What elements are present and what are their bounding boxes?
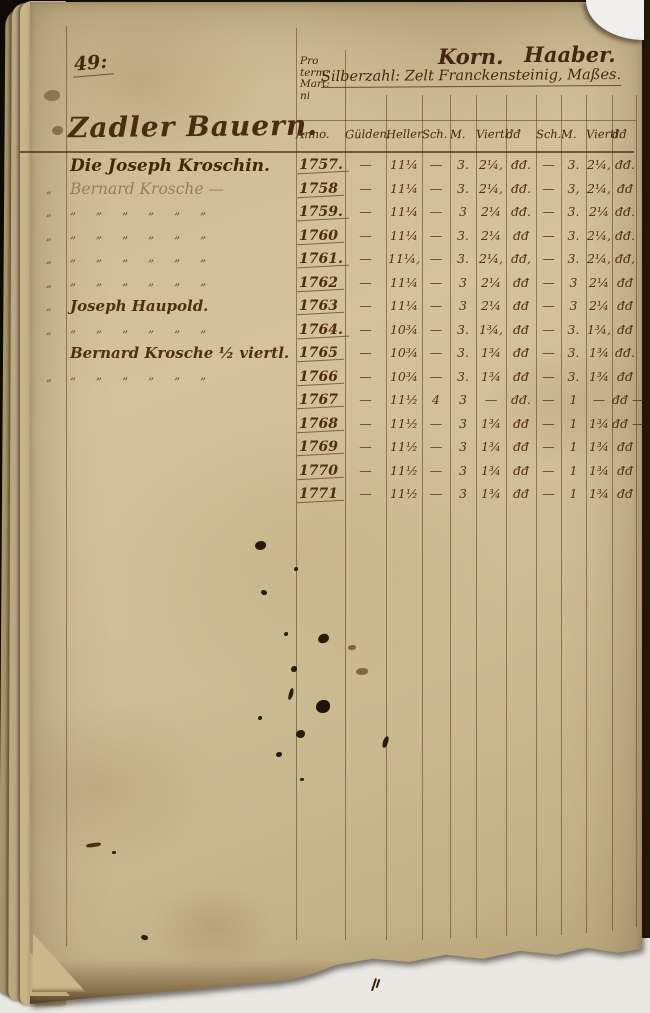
- measure-note: Silberzahl: Zelt Franckensteinig, Maßes.: [321, 67, 621, 88]
- value-cell: 1¾: [586, 439, 612, 454]
- value-cell: 11½: [386, 392, 422, 407]
- value-cell: —: [536, 228, 561, 243]
- value-cell: 3: [450, 392, 476, 407]
- column-header: Heller.: [386, 127, 422, 142]
- value-cell: đđ: [506, 463, 536, 478]
- row-values: —10¾—3.1¾đđ—3.1¾đđ.: [345, 345, 638, 360]
- value-cell: 11½: [386, 463, 422, 478]
- value-cell: đđ: [506, 486, 536, 501]
- value-cell: 1¾: [586, 369, 612, 384]
- tenant-name: „ „ „ „ „ „: [70, 227, 294, 241]
- margin-ditto-mark: „: [46, 300, 66, 313]
- value-cell: —: [345, 439, 386, 454]
- value-cell: đđ.: [506, 392, 536, 407]
- value-cell: 10¾: [386, 322, 422, 337]
- row-values: —11½—31¾đđ—11¾đđ: [345, 486, 638, 501]
- value-cell: đđ.: [506, 204, 536, 219]
- value-cell: đđ: [612, 369, 638, 384]
- value-cell: 3.: [561, 251, 586, 266]
- value-cell: —: [422, 369, 450, 384]
- column-group-haaber: Haaber.: [524, 42, 616, 67]
- value-cell: 3: [450, 204, 476, 219]
- column-header: M.: [450, 127, 476, 141]
- row-values: —11¼—32¼đđ.—3.2¼đđ.: [345, 204, 638, 219]
- column-group-korn: Korn.: [438, 44, 503, 69]
- row-values: —11¼—3.2¼,đđ.—3.2¼,đđ.: [345, 157, 638, 172]
- value-cell: 11¼,: [386, 251, 422, 266]
- value-cell: —: [345, 369, 386, 384]
- value-cell: —: [422, 228, 450, 243]
- value-cell: —: [536, 322, 561, 337]
- row-values: —10¾—3.1¾,đđ—3.1¾,đđ: [345, 322, 638, 337]
- value-cell: đđ: [506, 345, 536, 360]
- table-row: 1770 —11½—31¾đđ—11¾đđ: [0, 461, 650, 485]
- value-cell: 11¼: [386, 157, 422, 172]
- table-row: Die Joseph Kroschin. 1757. —11¼—3.2¼,đđ.…: [0, 155, 650, 179]
- year-value: 1768: [299, 416, 343, 432]
- year-value: 1766: [299, 369, 343, 385]
- value-cell: đđ: [612, 486, 638, 501]
- value-cell: 3.: [450, 369, 476, 384]
- table-row: 1771 —11½—31¾đđ—11¾đđ: [0, 484, 650, 508]
- tenant-name: Bernard Krosche —: [70, 180, 294, 198]
- value-cell: —: [345, 204, 386, 219]
- value-cell: —: [422, 322, 450, 337]
- row-values: —11¼—32¼đđ—32¼đđ: [345, 298, 638, 313]
- table-row: „ „ „ „ „ „ „ 1760 —11¼—3.2¼đđ—3.2¼,đđ.: [0, 226, 650, 250]
- row-values: —11¼—3.2¼đđ—3.2¼,đđ.: [345, 228, 638, 243]
- value-cell: —: [345, 392, 386, 407]
- column-headers: Anno.Gülden.Heller.Sch.M.Viertl.đđSch.M.…: [296, 127, 638, 141]
- manuscript-photo: 49: Pro term: Mart: ni Korn. Haaber. Sil…: [0, 0, 650, 1013]
- row-values: —11½—31¾đđ—11¾đđ —: [345, 416, 638, 431]
- value-cell: 1¾: [476, 345, 506, 360]
- value-cell: —: [536, 416, 561, 431]
- page-title: Zadler Bauern.: [68, 109, 318, 145]
- value-cell: —: [536, 204, 561, 219]
- value-cell: 3: [450, 463, 476, 478]
- year-value: 1758: [299, 181, 343, 197]
- value-cell: —: [476, 392, 506, 407]
- value-cell: 3.: [450, 181, 476, 196]
- column-header: M.: [561, 127, 586, 141]
- column-header: Viertl.: [476, 127, 506, 142]
- value-cell: 2¼,: [476, 251, 506, 266]
- table-row: „ Joseph Haupold. 1763 —11¼—32¼đđ—32¼đđ: [0, 296, 650, 320]
- year-value: 1760: [299, 228, 343, 244]
- value-cell: đđ.: [612, 204, 638, 219]
- value-cell: —: [345, 298, 386, 313]
- tenant-name: „ „ „ „ „ „: [70, 250, 294, 264]
- value-cell: đđ.: [506, 181, 536, 196]
- value-cell: đđ,: [612, 251, 638, 266]
- value-cell: 1¾: [476, 416, 506, 431]
- value-cell: đđ,: [506, 251, 536, 266]
- value-cell: đđ: [506, 369, 536, 384]
- value-cell: 3.: [561, 228, 586, 243]
- value-cell: —: [345, 486, 386, 501]
- value-cell: —: [345, 416, 386, 431]
- column-header: Sch.: [536, 127, 561, 141]
- tenant-name: Joseph Haupold.: [70, 297, 294, 315]
- value-cell: —: [422, 486, 450, 501]
- year-value: 1759.: [299, 204, 343, 220]
- value-cell: 1¾,: [476, 322, 506, 337]
- table-row: Bernard Krosche ½ viertl. 1765 —10¾—3.1¾…: [0, 343, 650, 367]
- value-cell: 10¾: [386, 369, 422, 384]
- row-values: —11¼,—3.2¼,đđ,—3.2¼,đđ,: [345, 251, 638, 266]
- year-value: 1763: [299, 298, 343, 314]
- value-cell: đđ: [506, 228, 536, 243]
- folio-number: 49:: [71, 50, 114, 78]
- margin-ditto-mark: „: [46, 324, 66, 337]
- year-value: 1765: [299, 345, 343, 361]
- value-cell: —: [422, 275, 450, 290]
- value-cell: 11¼: [386, 204, 422, 219]
- value-cell: —: [345, 275, 386, 290]
- value-cell: —: [536, 439, 561, 454]
- value-cell: 1¾: [586, 416, 612, 431]
- value-cell: đđ: [506, 298, 536, 313]
- value-cell: đđ: [612, 181, 638, 196]
- value-cell: —: [536, 345, 561, 360]
- value-cell: 2¼,: [586, 251, 612, 266]
- row-values: —10¾—3.1¾đđ—3.1¾đđ: [345, 369, 638, 384]
- value-cell: 2¼: [586, 204, 612, 219]
- value-cell: đđ —: [612, 416, 638, 431]
- value-cell: —: [536, 369, 561, 384]
- value-cell: 4: [422, 392, 450, 407]
- row-values: —11¼—32¼đđ—32¼đđ: [345, 275, 638, 290]
- value-cell: đđ: [612, 322, 638, 337]
- value-cell: —: [422, 157, 450, 172]
- year-value: 1770: [299, 463, 343, 479]
- table-row: „ „ „ „ „ „ „ 1766 —10¾—3.1¾đđ—3.1¾đđ: [0, 367, 650, 391]
- value-cell: —: [422, 298, 450, 313]
- value-cell: đđ: [612, 298, 638, 313]
- margin-ditto-mark: „: [46, 206, 66, 219]
- value-cell: 3.: [450, 157, 476, 172]
- value-cell: —: [536, 251, 561, 266]
- row-values: —11½43—đđ.—1—đđ —: [345, 392, 638, 407]
- value-cell: 3: [450, 416, 476, 431]
- value-cell: 1: [561, 416, 586, 431]
- row-values: —11½—31¾đđ—11¾đđ: [345, 463, 638, 478]
- pro-termino-line: Pro: [300, 56, 330, 68]
- value-cell: 3: [450, 275, 476, 290]
- value-cell: 11¼: [386, 228, 422, 243]
- value-cell: —: [422, 181, 450, 196]
- value-cell: 3.: [561, 369, 586, 384]
- value-cell: đđ: [506, 322, 536, 337]
- value-cell: —: [536, 392, 561, 407]
- value-cell: 1: [561, 463, 586, 478]
- value-cell: 3,: [561, 181, 586, 196]
- value-cell: 3.: [450, 345, 476, 360]
- value-cell: 1¾: [476, 463, 506, 478]
- value-cell: đđ: [506, 275, 536, 290]
- value-cell: 2¼: [586, 275, 612, 290]
- tenant-name: Bernard Krosche ½ viertl.: [70, 344, 294, 362]
- value-cell: đđ: [506, 416, 536, 431]
- value-cell: 2¼,: [586, 228, 612, 243]
- value-cell: 1¾: [476, 439, 506, 454]
- value-cell: đđ.: [506, 157, 536, 172]
- value-cell: 2¼,: [586, 157, 612, 172]
- value-cell: đđ: [612, 439, 638, 454]
- value-cell: 11¼: [386, 181, 422, 196]
- tenant-name: „ „ „ „ „ „: [70, 274, 294, 288]
- column-header: đđ: [612, 127, 638, 141]
- value-cell: 1¾: [586, 463, 612, 478]
- row-values: —11½—31¾đđ—11¾đđ: [345, 439, 638, 454]
- value-cell: 1¾: [586, 486, 612, 501]
- value-cell: 1: [561, 486, 586, 501]
- value-cell: —: [345, 322, 386, 337]
- tenant-name: „ „ „ „ „ „: [70, 321, 294, 335]
- value-cell: 2¼: [476, 275, 506, 290]
- table-row: 1768 —11½—31¾đđ—11¾đđ —: [0, 414, 650, 438]
- margin-ditto-mark: „: [46, 371, 66, 384]
- value-cell: 3: [450, 298, 476, 313]
- value-cell: —: [536, 486, 561, 501]
- value-cell: 3.: [450, 251, 476, 266]
- value-cell: 3.: [561, 157, 586, 172]
- value-cell: 3: [561, 275, 586, 290]
- value-cell: 1¾: [586, 345, 612, 360]
- value-cell: —: [536, 275, 561, 290]
- value-cell: —: [536, 157, 561, 172]
- value-cell: —: [345, 181, 386, 196]
- value-cell: —: [345, 251, 386, 266]
- tenant-name: Die Joseph Kroschin.: [70, 156, 294, 176]
- value-cell: 2¼: [476, 204, 506, 219]
- value-cell: —: [345, 157, 386, 172]
- year-value: 1767: [299, 392, 343, 408]
- year-value: 1771: [299, 486, 343, 502]
- value-cell: —: [345, 228, 386, 243]
- table-row: 1769 —11½—31¾đđ—11¾đđ: [0, 437, 650, 461]
- tenant-name: „ „ „ „ „ „: [70, 203, 294, 217]
- year-value: 1761.: [299, 251, 343, 267]
- value-cell: 2¼,: [476, 181, 506, 196]
- value-cell: 3.: [561, 204, 586, 219]
- table-row: „ „ „ „ „ „ „ 1759. —11¼—32¼đđ.—3.2¼đđ.: [0, 202, 650, 226]
- value-cell: —: [422, 251, 450, 266]
- column-header: Anno.: [296, 127, 345, 142]
- value-cell: 3.: [561, 322, 586, 337]
- value-cell: 1¾,: [586, 322, 612, 337]
- table-row: „ Bernard Krosche — 1758 —11¼—3.2¼,đđ.—3…: [0, 179, 650, 203]
- value-cell: —: [345, 463, 386, 478]
- year-value: 1764.: [299, 322, 343, 338]
- value-cell: —: [422, 416, 450, 431]
- value-cell: —: [536, 463, 561, 478]
- column-header: Sch.: [422, 127, 450, 141]
- value-cell: 11½: [386, 416, 422, 431]
- value-cell: đđ —: [612, 392, 638, 407]
- value-cell: 3: [561, 298, 586, 313]
- value-cell: đđ.: [612, 157, 638, 172]
- value-cell: 1: [561, 439, 586, 454]
- value-cell: —: [536, 181, 561, 196]
- value-cell: đđ: [612, 275, 638, 290]
- margin-ditto-mark: „: [46, 277, 66, 290]
- value-cell: —: [422, 204, 450, 219]
- value-cell: —: [345, 345, 386, 360]
- value-cell: 3.: [450, 322, 476, 337]
- year-value: 1769: [299, 439, 343, 455]
- table-row: „ „ „ „ „ „ „ 1762 —11¼—32¼đđ—32¼đđ: [0, 273, 650, 297]
- tenant-name: „ „ „ „ „ „: [70, 368, 294, 382]
- value-cell: —: [422, 463, 450, 478]
- table-row: 1767 —11½43—đđ.—1—đđ —: [0, 390, 650, 414]
- value-cell: 3.: [561, 345, 586, 360]
- value-cell: đđ.: [612, 228, 638, 243]
- value-cell: 1¾: [476, 486, 506, 501]
- value-cell: —: [536, 298, 561, 313]
- pro-termino-line: ni: [300, 91, 330, 103]
- value-cell: 11½: [386, 486, 422, 501]
- value-cell: 3: [450, 486, 476, 501]
- value-cell: 11½: [386, 439, 422, 454]
- value-cell: 3: [450, 439, 476, 454]
- pen-mark: [370, 978, 380, 992]
- margin-ditto-mark: „: [46, 230, 66, 243]
- column-header: Gülden.: [345, 127, 386, 142]
- year-value: 1762: [299, 275, 343, 291]
- value-cell: 2¼,: [586, 181, 612, 196]
- value-cell: 2¼: [476, 298, 506, 313]
- row-values: —11¼—3.2¼,đđ.—3,2¼,đđ: [345, 181, 638, 196]
- value-cell: 1¾: [476, 369, 506, 384]
- column-header: đđ: [506, 127, 536, 142]
- table-row: „ „ „ „ „ „ „ 1761. —11¼,—3.2¼,đđ,—3.2¼,…: [0, 249, 650, 273]
- table-row: „ „ „ „ „ „ „ 1764. —10¾—3.1¾,đđ—3.1¾,đđ: [0, 320, 650, 344]
- value-cell: 10¾: [386, 345, 422, 360]
- value-cell: 2¼: [586, 298, 612, 313]
- value-cell: đđ: [506, 439, 536, 454]
- year-value: 1757.: [299, 157, 343, 173]
- value-cell: đđ: [612, 463, 638, 478]
- value-cell: đđ.: [612, 345, 638, 360]
- value-cell: —: [586, 392, 612, 407]
- value-cell: 3.: [450, 228, 476, 243]
- value-cell: 2¼: [476, 228, 506, 243]
- column-header: Viertl.: [586, 127, 612, 141]
- value-cell: 11¼: [386, 275, 422, 290]
- margin-ditto-mark: „: [46, 183, 66, 196]
- value-cell: 1: [561, 392, 586, 407]
- value-cell: 11¼: [386, 298, 422, 313]
- value-cell: —: [422, 345, 450, 360]
- value-cell: —: [422, 439, 450, 454]
- value-cell: 2¼,: [476, 157, 506, 172]
- margin-ditto-mark: „: [46, 253, 66, 266]
